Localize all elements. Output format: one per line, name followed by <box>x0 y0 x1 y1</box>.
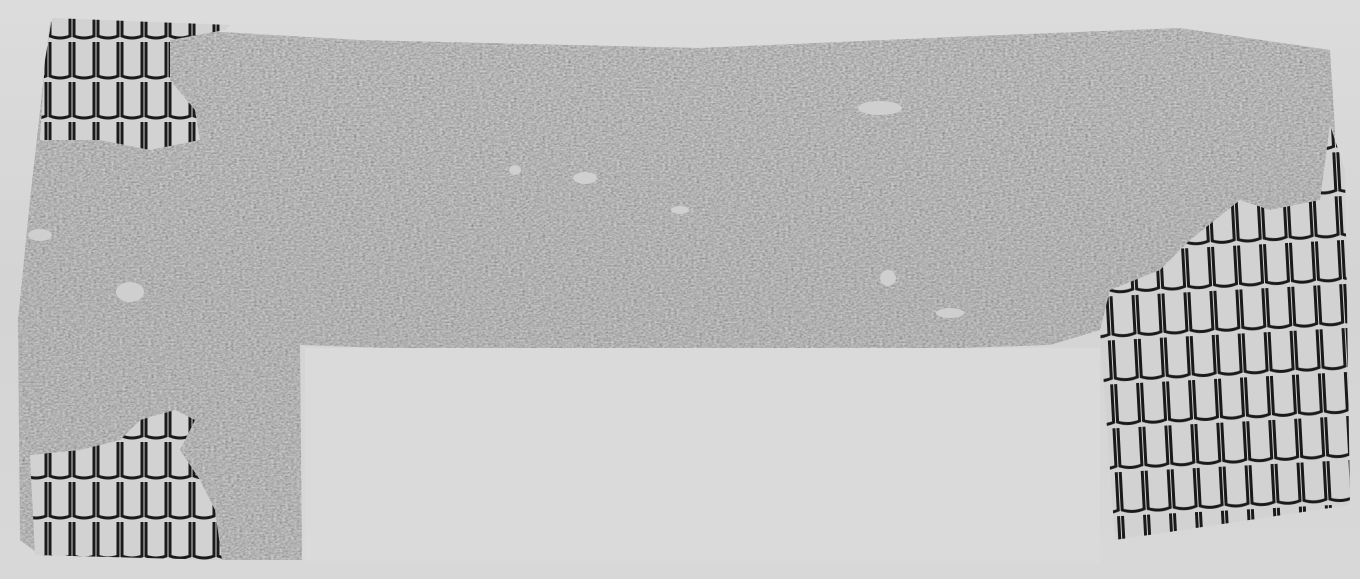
photograph <box>0 0 1360 579</box>
textile-fragment <box>0 0 1360 579</box>
backing-cloth <box>305 348 1100 563</box>
